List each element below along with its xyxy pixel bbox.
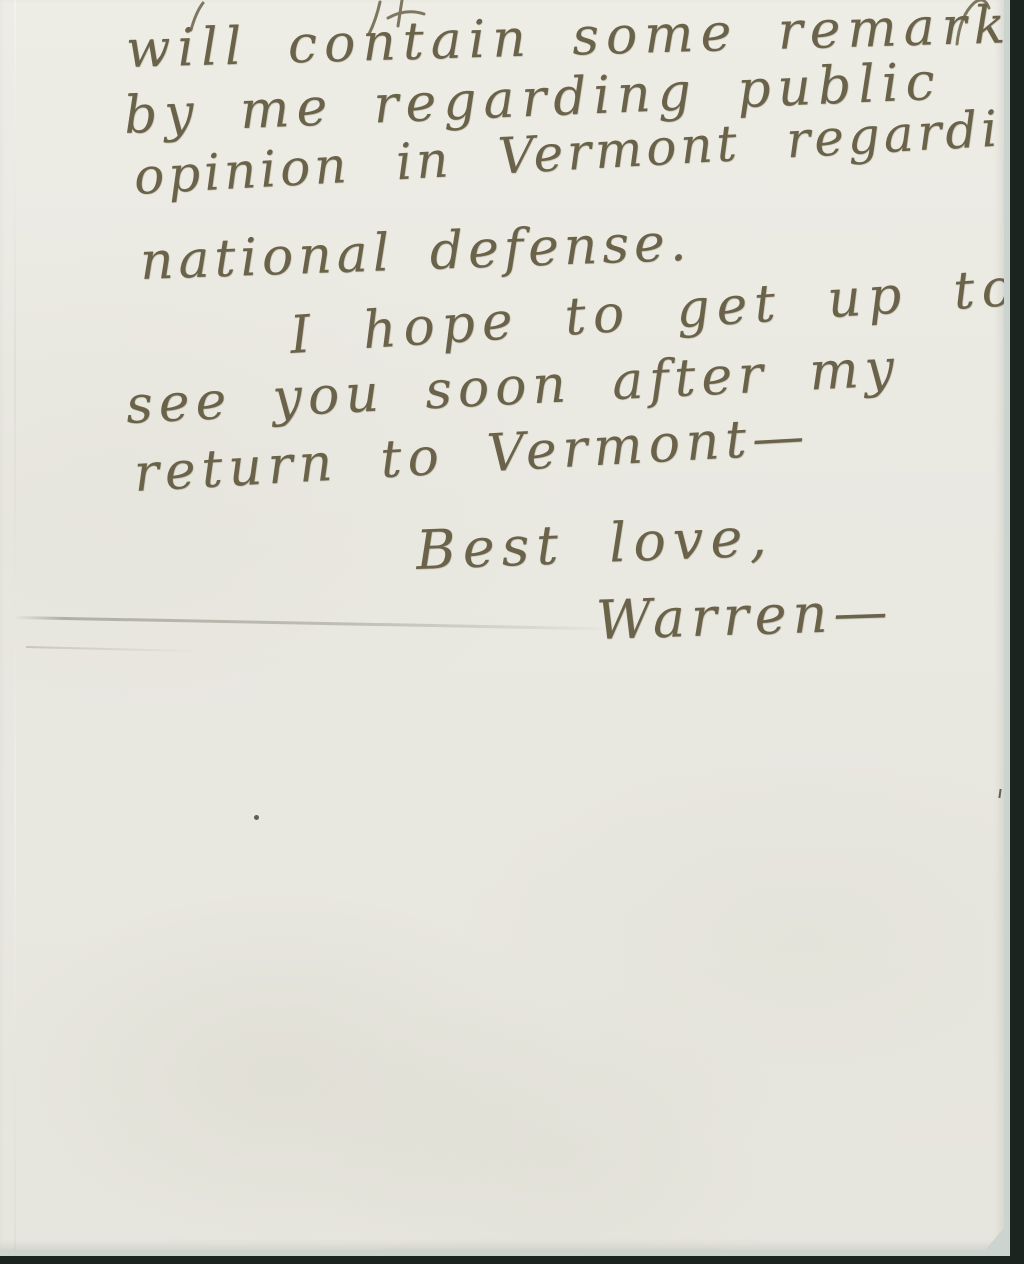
handwriting-line: national defense. (139, 217, 692, 288)
right-edge-mark (998, 789, 1001, 798)
handwriting-signature: Warren— (595, 585, 894, 648)
fold-crease-secondary (26, 646, 201, 652)
scanned-letter-page: { "document": { "type": "handwritten-let… (0, 0, 1024, 1264)
vertical-paper-crease (14, 0, 16, 1250)
letter-page: will contain some remarks by me regardin… (0, 0, 1004, 1250)
ink-dot-blemish (254, 815, 259, 820)
fold-crease (14, 616, 614, 631)
handwriting-closing: Best love, (415, 510, 774, 578)
